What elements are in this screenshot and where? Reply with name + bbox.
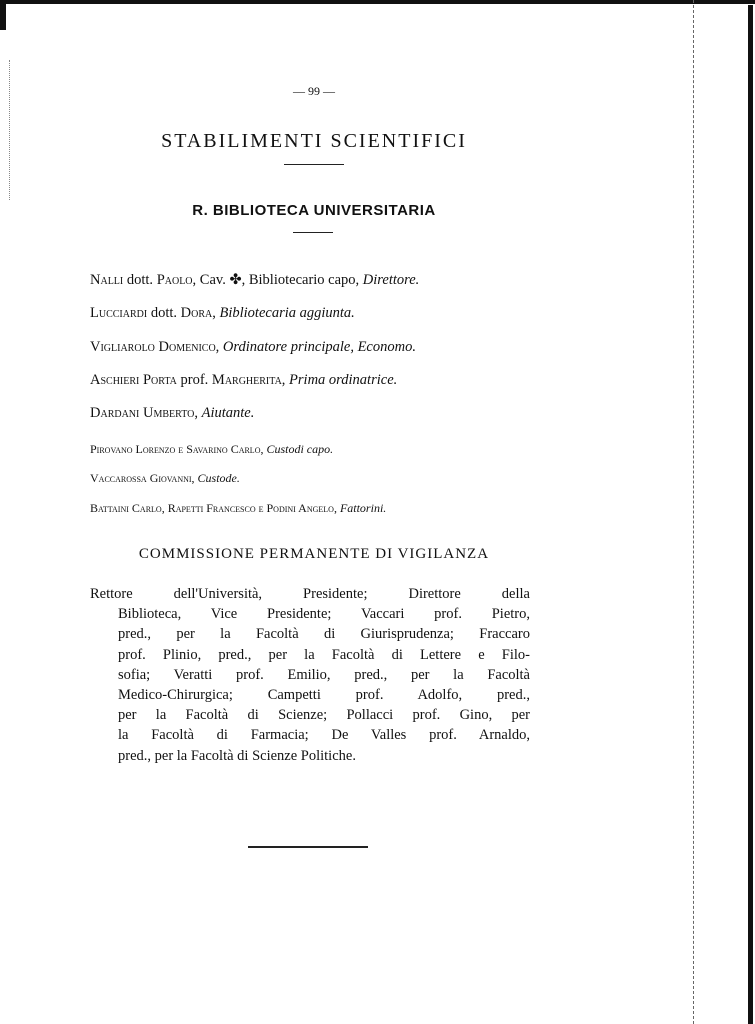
paragraph-line: la Facoltà di Farmacia; De Valles prof. … — [90, 725, 530, 745]
subtitle-rule — [293, 232, 333, 233]
paragraph-line: sofia; Veratti prof. Emilio, pred., per … — [90, 665, 530, 685]
staff-entry: Pirovano Lorenzo e Savarino Carlo, Custo… — [90, 442, 333, 457]
staff-entry: Vaccarossa Giovanni, Custode. — [90, 471, 240, 486]
end-rule — [248, 846, 368, 848]
commission-paragraph: Rettore dell'Università, Presidente; Dir… — [90, 584, 530, 766]
paragraph-line: Biblioteca, Vice Presidente; Vaccari pro… — [90, 604, 530, 624]
paragraph-line: pred., per la Facoltà di Scienze Politic… — [90, 746, 530, 766]
paragraph-line: prof. Plinio, pred., per la Facoltà di L… — [90, 645, 530, 665]
staff-entry: Battaini Carlo, Rapetti Francesco e Podi… — [90, 501, 386, 516]
paragraph-line: Rettore dell'Università, Presidente; Dir… — [90, 584, 530, 604]
staff-entry: Aschieri Porta prof. Margherita, Prima o… — [90, 372, 397, 389]
document-page: — 99 — STABILIMENTI SCIENTIFICI R. BIBLI… — [0, 0, 755, 1024]
scan-border-right — [748, 5, 753, 1024]
paragraph-line: per la Facoltà di Scienze; Pollacci prof… — [90, 705, 530, 725]
paragraph-line: Medico-Chirurgica; Campetti prof. Adolfo… — [90, 685, 530, 705]
page-number: — 99 — — [0, 84, 628, 99]
staff-entry: Nalli dott. Paolo, Cav. ✤, Bibliotecario… — [90, 272, 419, 289]
commission-heading: COMMISSIONE PERMANENTE DI VIGILANZA — [0, 546, 628, 563]
section-subtitle: R. BIBLIOTECA UNIVERSITARIA — [0, 202, 628, 219]
staff-entry: Dardani Umberto, Aiutante. — [90, 405, 254, 422]
scan-border-top — [0, 0, 755, 4]
paragraph-line: pred., per la Facoltà di Giurisprudenza;… — [90, 624, 530, 644]
scan-border-left — [0, 0, 6, 30]
staff-entry: Vigliarolo Domenico, Ordinatore principa… — [90, 339, 416, 356]
staff-entry: Lucciardi dott. Dora, Bibliotecaria aggi… — [90, 305, 355, 322]
scan-fold-line — [693, 0, 695, 1024]
page-title: STABILIMENTI SCIENTIFICI — [0, 130, 628, 153]
title-rule — [284, 164, 344, 165]
